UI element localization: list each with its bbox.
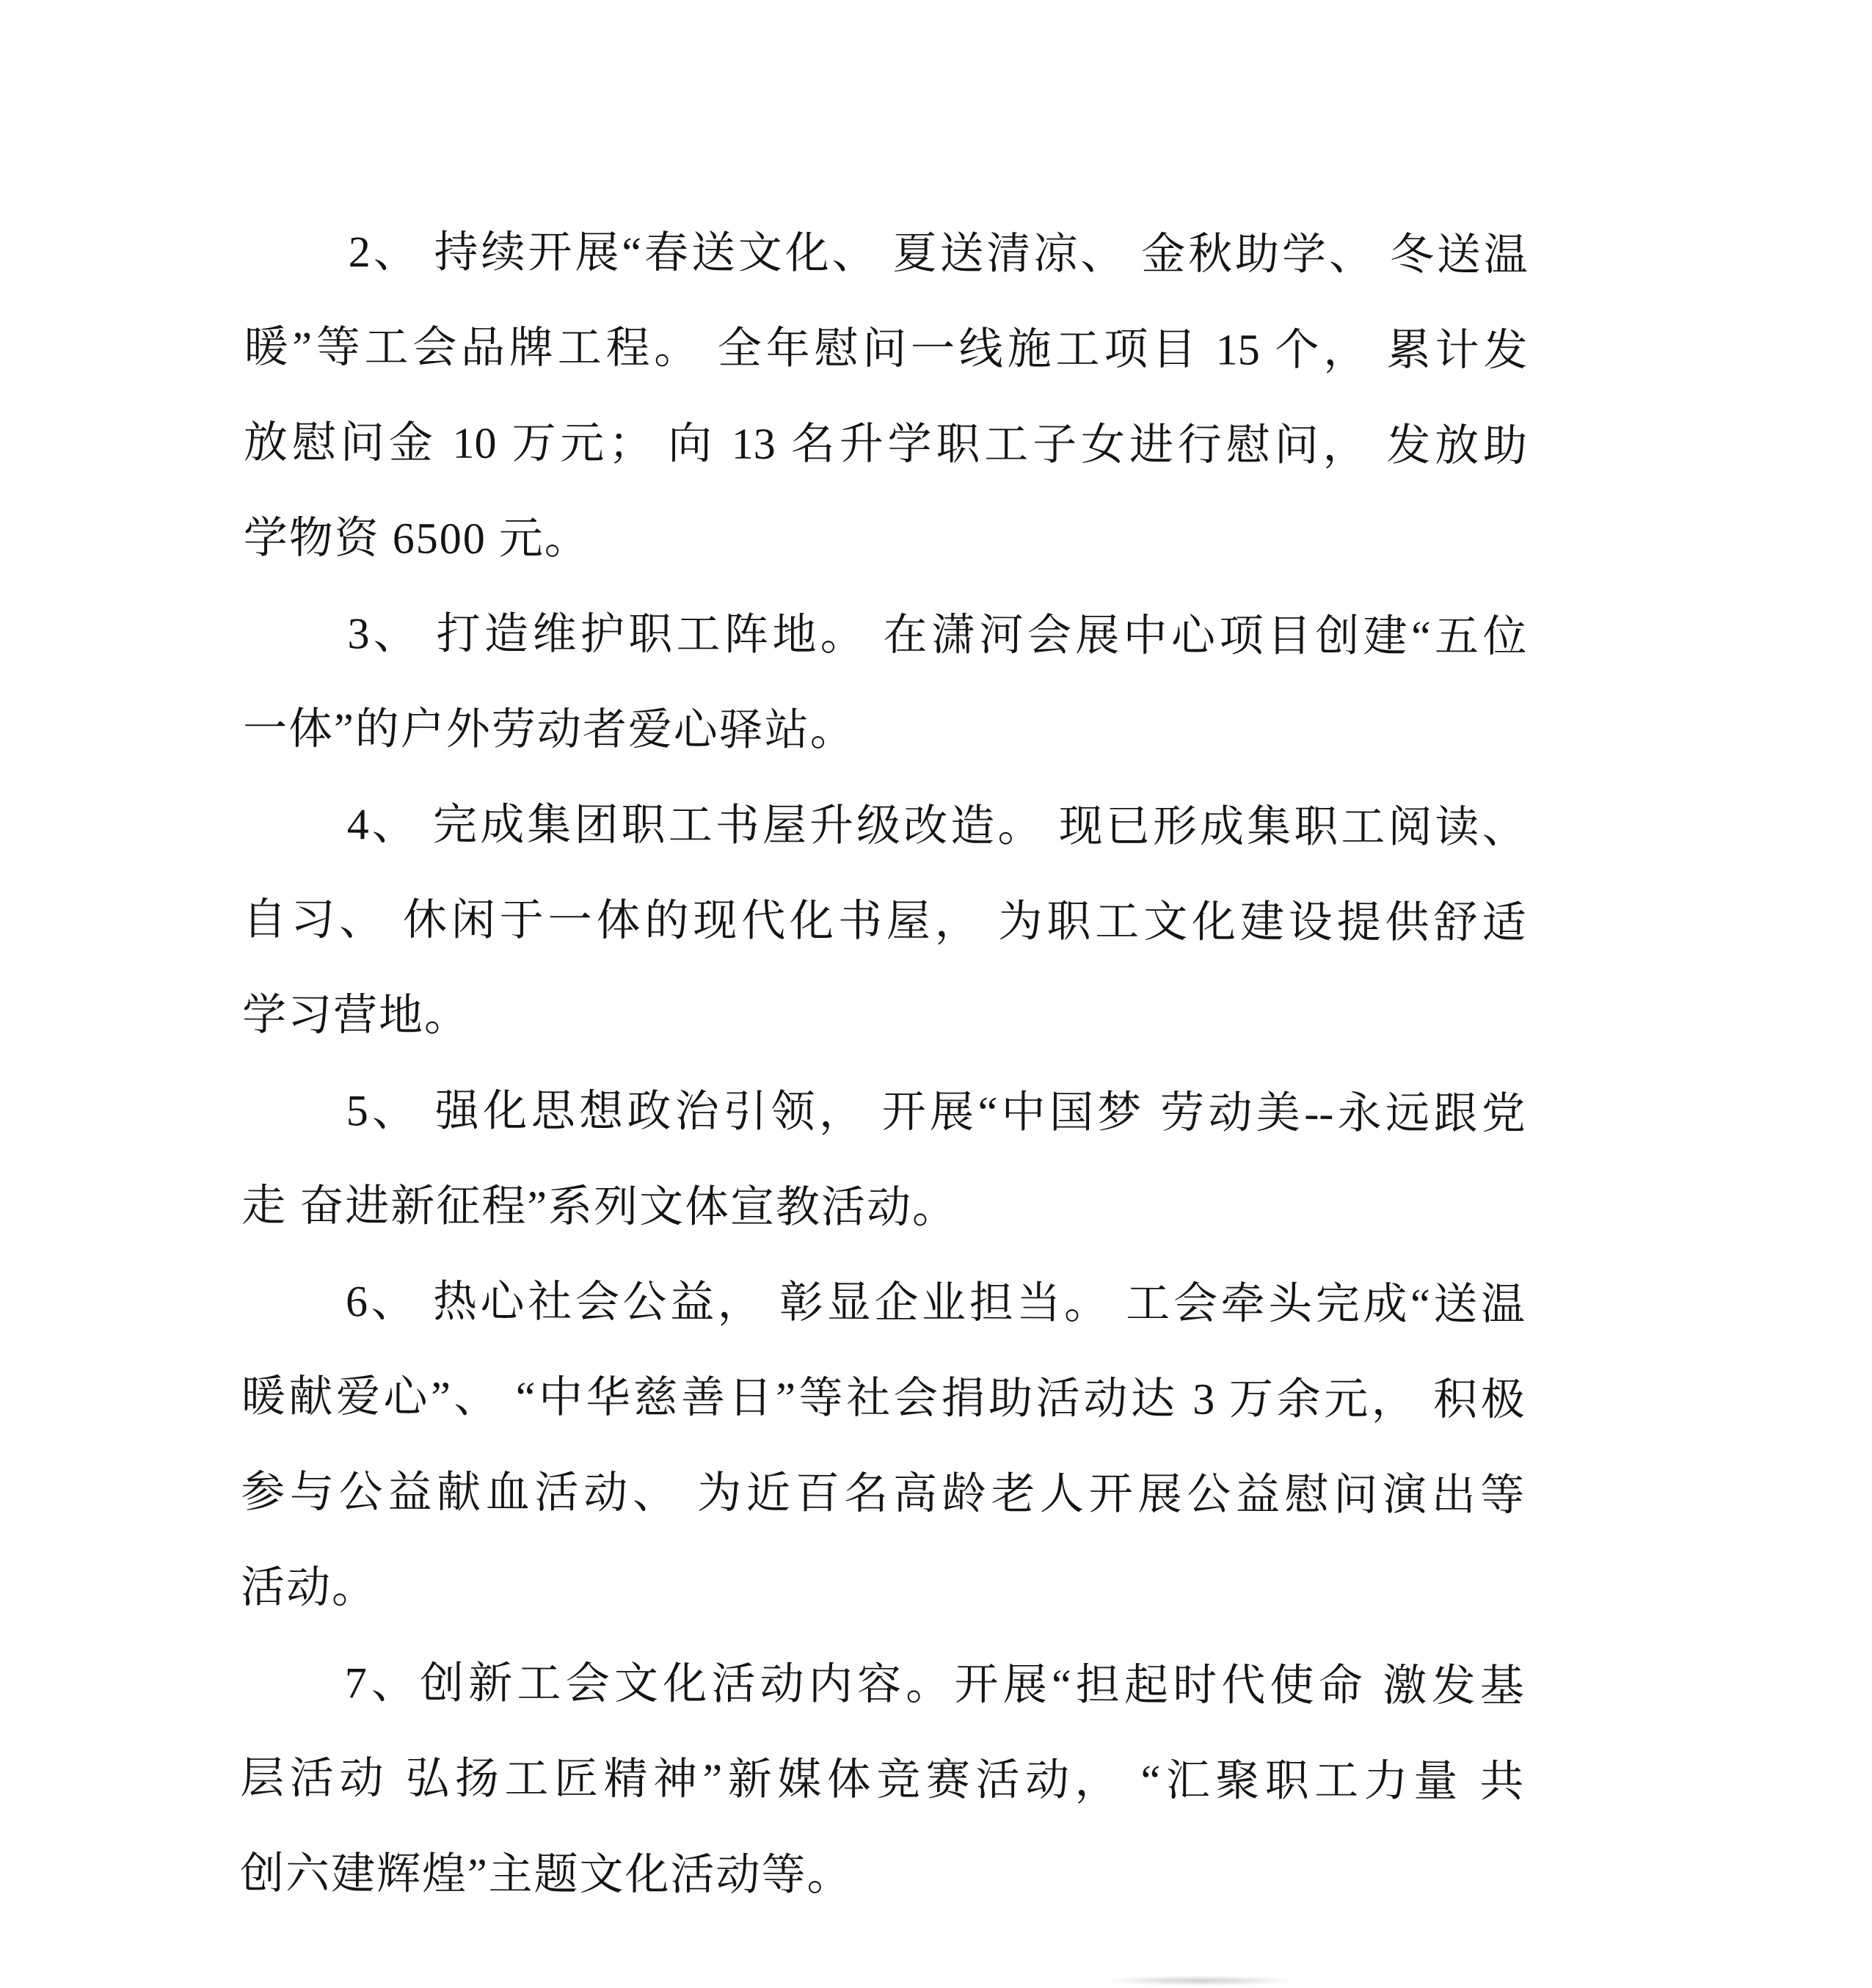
text-line: 5、 强化思想政治引领， 开展“中国梦 劳动美--永远跟党 (242, 1063, 1526, 1162)
text-line: 参与公益献血活动、 为近百名高龄老人开展公益慰问演出等 (241, 1444, 1524, 1543)
text-line: 活动。 (241, 1540, 1524, 1639)
text-line: 放慰问金 10 万元； 向 13 名升学职工子女进行慰问， 发放助 (244, 395, 1527, 494)
text-line: 7、创新工会文化活动内容。开展“担起时代使命 激发基 (241, 1635, 1524, 1734)
text-line: 暖”等工会品牌工程。 全年慰问一线施工项目 15 个， 累计发 (244, 299, 1527, 398)
text-line: 3、 打造维护职工阵地。 在潇河会展中心项目创建“五位 (243, 586, 1526, 685)
text-line: 层活动 弘扬工匠精神”新媒体竞赛活动， “汇聚职工力量 共 (240, 1730, 1523, 1829)
document-page: 2、 持续开展“春送文化、 夏送清凉、 金秋助学、 冬送温 暖”等工会品牌工程。… (0, 0, 1872, 1988)
text-line: 4、 完成集团职工书屋升级改造。 现已形成集职工阅读、 (243, 776, 1526, 875)
text-line: 学习营地。 (242, 967, 1526, 1066)
text-line: 走 奋进新征程”系列文体宣教活动。 (241, 1158, 1525, 1257)
text-line: 创六建辉煌”主题文化活动等。 (240, 1826, 1523, 1925)
text-line: 6、 热心社会公益， 彰显企业担当。 工会牵头完成“送温 (241, 1253, 1525, 1352)
text-line: 学物资 6500 元。 (244, 490, 1527, 589)
document-body: 2、 持续开展“春送文化、 夏送清凉、 金秋助学、 冬送温 暖”等工会品牌工程。… (240, 204, 1528, 1925)
text-line: 暖献爱心”、 “中华慈善日”等社会捐助活动达 3 万余元， 积极 (241, 1349, 1525, 1448)
text-line: 自习、 休闲于一体的现代化书屋， 为职工文化建设提供舒适 (242, 872, 1526, 971)
scan-smudge-artifact (1101, 1976, 1299, 1986)
text-line: 2、 持续开展“春送文化、 夏送清凉、 金秋助学、 冬送温 (244, 204, 1528, 303)
text-line: 一体”的户外劳动者爱心驿站。 (243, 681, 1526, 780)
